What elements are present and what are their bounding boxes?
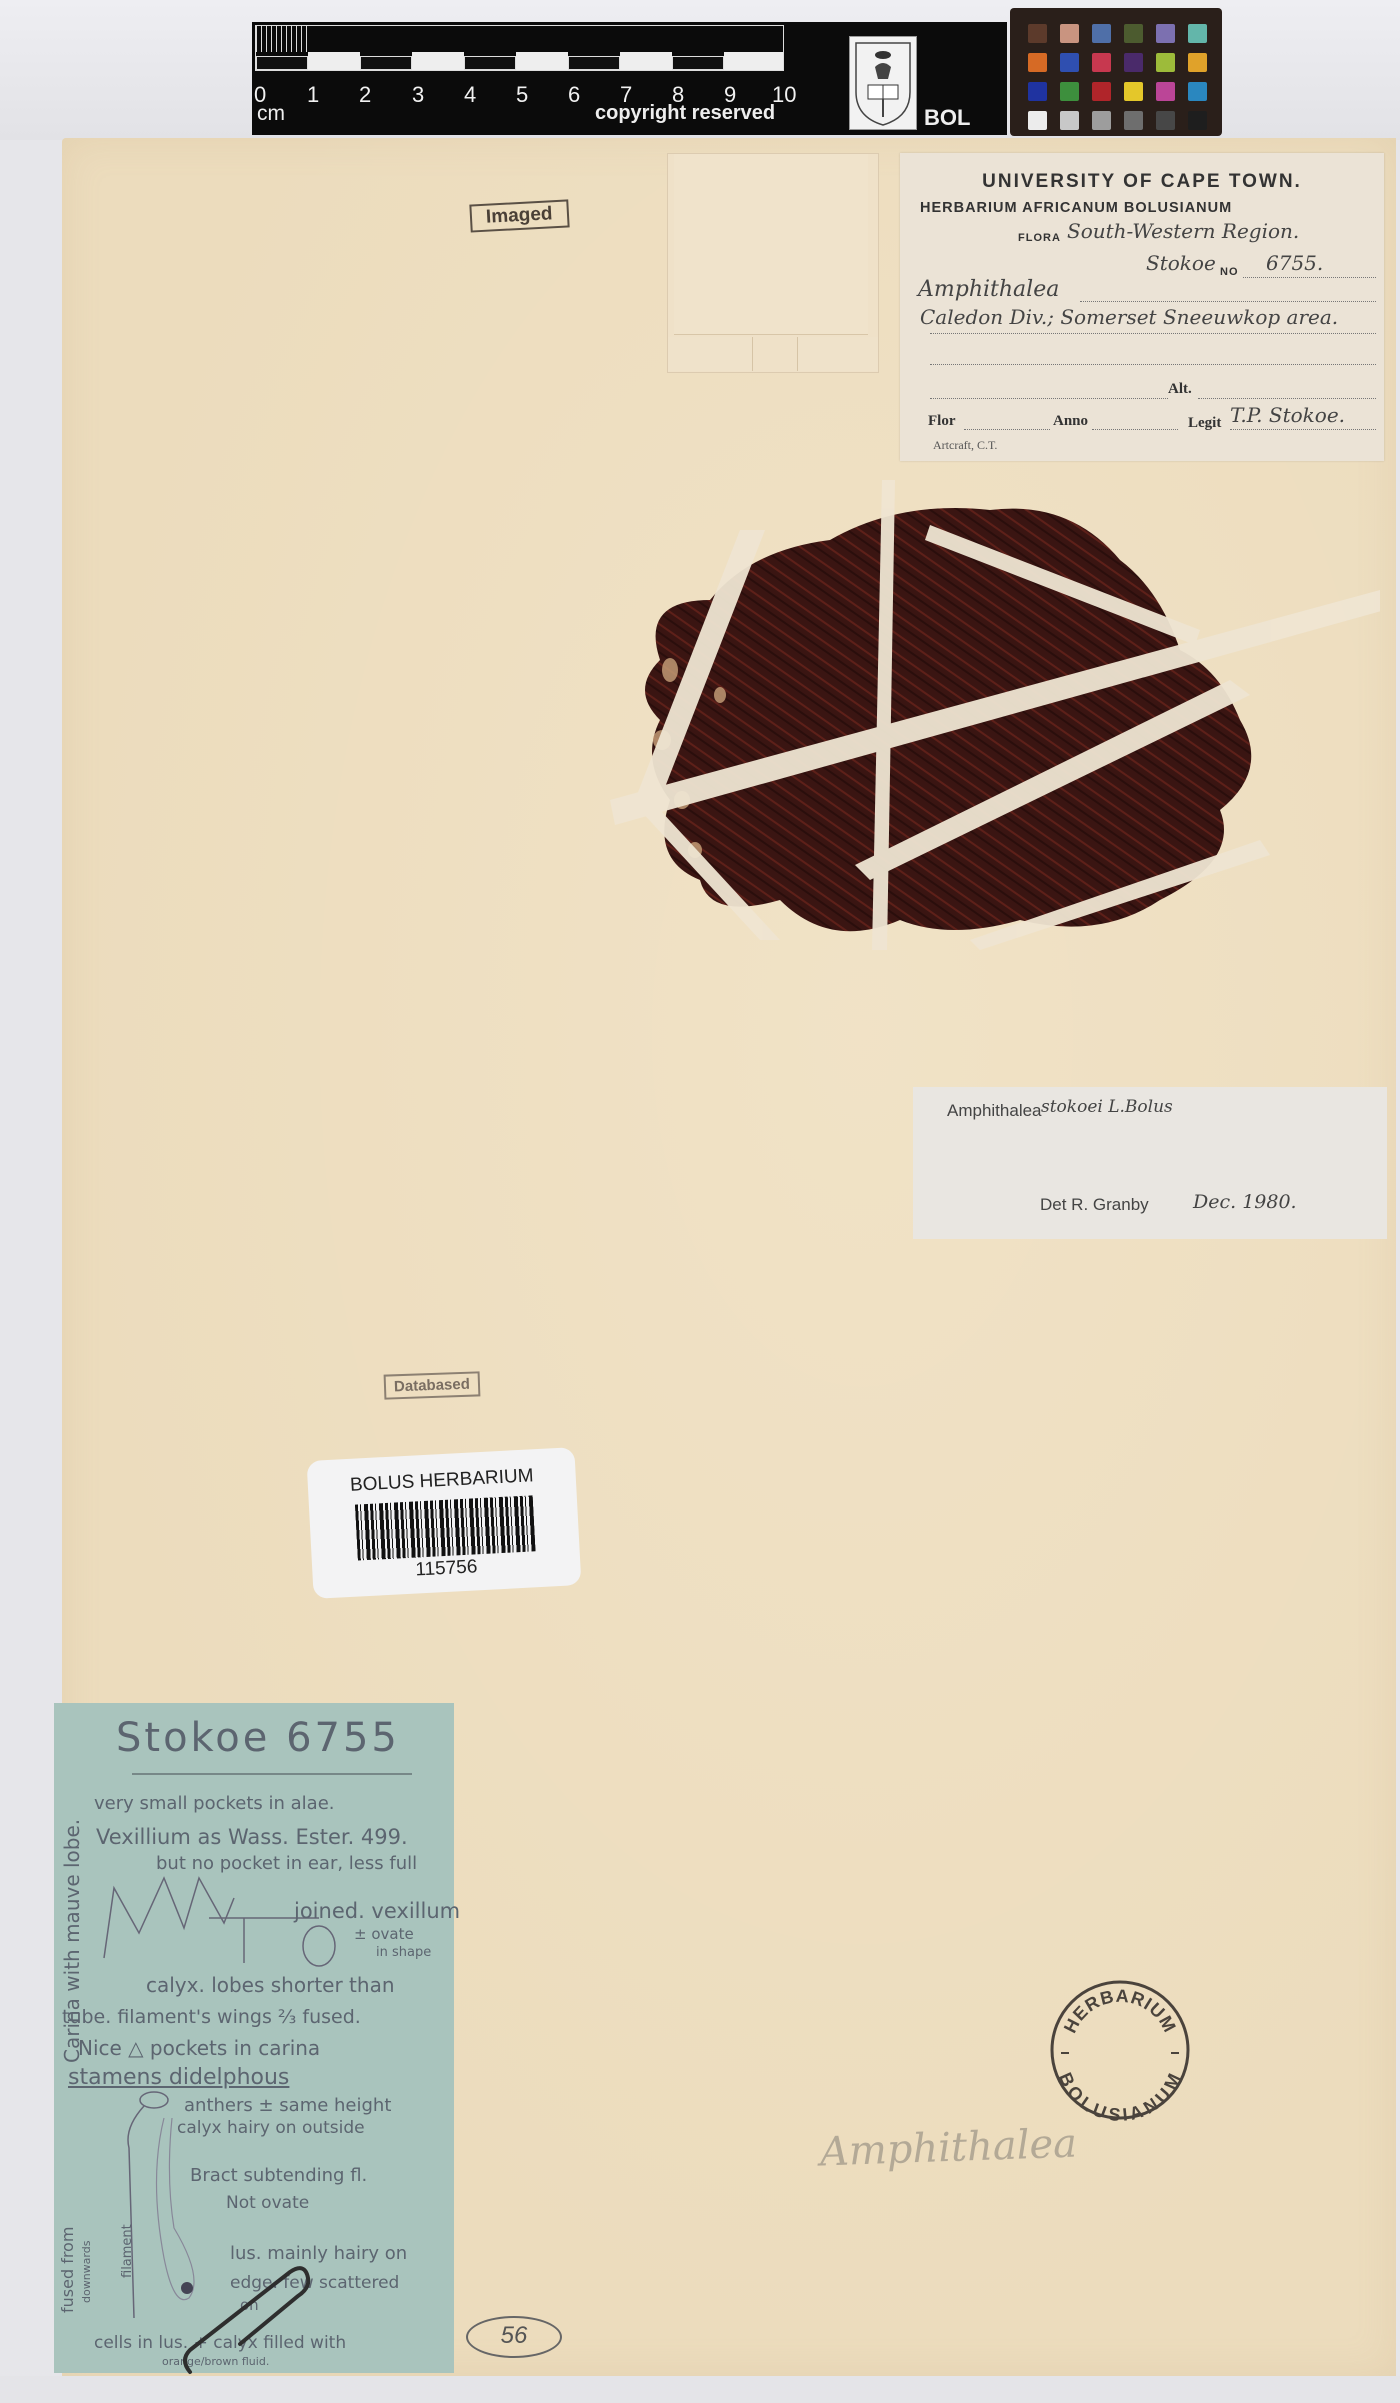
scale-tick: 5	[516, 82, 528, 108]
barcode-title: BOLUS HERBARIUM	[307, 1463, 576, 1499]
det-species: stokoei L.Bolus	[1041, 1097, 1173, 1117]
note-line: Not ovate	[226, 2193, 309, 2213]
det-date: Dec. 1980.	[1193, 1191, 1297, 1213]
printer-credit: Artcraft, C.T.	[933, 438, 997, 453]
color-swatch	[1028, 82, 1047, 101]
note-line: Nice △ pockets in carina	[78, 2036, 320, 2060]
scale-tick: 10	[772, 82, 796, 108]
color-swatch	[1092, 53, 1111, 72]
color-swatch	[1124, 111, 1143, 130]
color-swatch	[1188, 24, 1207, 43]
color-swatch	[1124, 53, 1143, 72]
color-swatch	[1092, 24, 1111, 43]
color-swatch	[1124, 82, 1143, 101]
color-swatch	[1028, 24, 1047, 43]
collection-number: 6755.	[1266, 251, 1323, 275]
plant-specimen	[600, 480, 1380, 960]
color-swatch	[1060, 53, 1079, 72]
label-title: UNIVERSITY OF CAPE TOWN.	[900, 171, 1384, 193]
det-determiner: Det R. Granby	[1040, 1195, 1149, 1215]
scale-tick: 1	[307, 82, 319, 108]
anno-label: Anno	[1053, 413, 1088, 430]
collection-label: UNIVERSITY OF CAPE TOWN. HERBARIUM AFRIC…	[900, 153, 1384, 461]
color-swatch	[1188, 111, 1207, 130]
sheet-number: 56	[466, 2316, 562, 2358]
determination-label: Amphithalea stokoei L.Bolus Det R. Granb…	[913, 1087, 1387, 1239]
color-swatch	[1156, 111, 1175, 130]
university-crest-icon	[849, 36, 917, 130]
databased-stamp: Databased	[384, 1371, 481, 1399]
note-line: ± ovate	[354, 1925, 414, 1943]
note-line: stamens didelphous	[68, 2065, 289, 2090]
scale-bar: 0 1 2 3 4 5 6 7 8 9 10 cm copyright rese…	[252, 22, 1007, 135]
pencil-genus-annotation: Amphithalea	[819, 2121, 1077, 2176]
fragment-packet	[667, 153, 879, 373]
note-line: very small pockets in alae.	[94, 1793, 335, 1814]
note-line: in shape	[376, 1945, 431, 1960]
locality-handwritten: Caledon Div.; Somerset Sneeuwkop area.	[920, 305, 1338, 329]
color-swatch	[1156, 82, 1175, 101]
color-swatch	[1028, 111, 1047, 130]
color-swatch	[1060, 111, 1079, 130]
barcode-label: BOLUS HERBARIUM 115756	[307, 1447, 582, 1599]
color-swatch	[1060, 82, 1079, 101]
color-swatch	[1028, 53, 1047, 72]
alt-label: Alt.	[1168, 381, 1192, 398]
svg-text:BOLUSIANUM: BOLUSIANUM	[1055, 2070, 1185, 2123]
note-line: calyx. lobes shorter than	[146, 1973, 395, 1997]
imaged-stamp: Imaged	[469, 199, 569, 232]
color-swatch	[1156, 53, 1175, 72]
collector-name: Stokoe	[1146, 251, 1216, 275]
color-swatch	[1188, 82, 1207, 101]
note-line: filament	[120, 2224, 135, 2278]
note-line: downwards	[80, 2241, 93, 2303]
barcode-icon	[355, 1495, 536, 1560]
color-swatch	[1124, 24, 1143, 43]
flor-label: Flor	[928, 413, 956, 430]
bottom-backdrop	[0, 2376, 1400, 2403]
copyright-text: copyright reserved	[595, 102, 775, 125]
scale-tick: 3	[412, 82, 424, 108]
svg-text:HERBARIUM: HERBARIUM	[1060, 1986, 1180, 2036]
paperclip-icon	[180, 2260, 320, 2380]
note-line: fused from	[58, 2227, 77, 2313]
legit-value: T.P. Stokoe.	[1230, 403, 1345, 427]
flora-value: South-Western Region.	[1067, 219, 1299, 243]
color-swatch	[1092, 111, 1111, 130]
number-label: NO	[1220, 266, 1239, 278]
flora-label: FLORA	[1018, 232, 1061, 244]
color-checker	[1010, 8, 1222, 136]
color-swatch	[1188, 53, 1207, 72]
barcode-number: 115756	[312, 1551, 581, 1587]
scale-unit: cm	[257, 102, 285, 126]
ruler	[255, 25, 784, 71]
vexillum-sketch	[294, 1918, 344, 1978]
institution-code: BOL	[924, 105, 970, 131]
scale-tick: 4	[464, 82, 476, 108]
packet-flap	[674, 154, 868, 335]
scale-tick: 2	[359, 82, 371, 108]
note-line: tube. filament's wings ⅔ fused.	[62, 2006, 361, 2028]
scale-tick: 6	[568, 82, 580, 108]
genus-handwritten: Amphithalea	[918, 277, 1059, 302]
herbarium-round-stamp: HERBARIUM BOLUSIANUM	[1047, 1977, 1193, 2123]
color-swatch	[1092, 82, 1111, 101]
legit-label: Legit	[1188, 415, 1221, 432]
packet-tab-left	[668, 337, 753, 371]
color-swatch	[1060, 24, 1079, 43]
note-line: Vexillium as Wass. Ester. 499.	[96, 1825, 408, 1849]
color-swatch	[1156, 24, 1175, 43]
label-subtitle: HERBARIUM AFRICANUM BOLUSIANUM	[920, 200, 1232, 216]
notes-title: Stokoe 6755	[116, 1715, 400, 1761]
det-genus: Amphithalea	[947, 1101, 1042, 1121]
packet-tab-right	[797, 337, 878, 371]
